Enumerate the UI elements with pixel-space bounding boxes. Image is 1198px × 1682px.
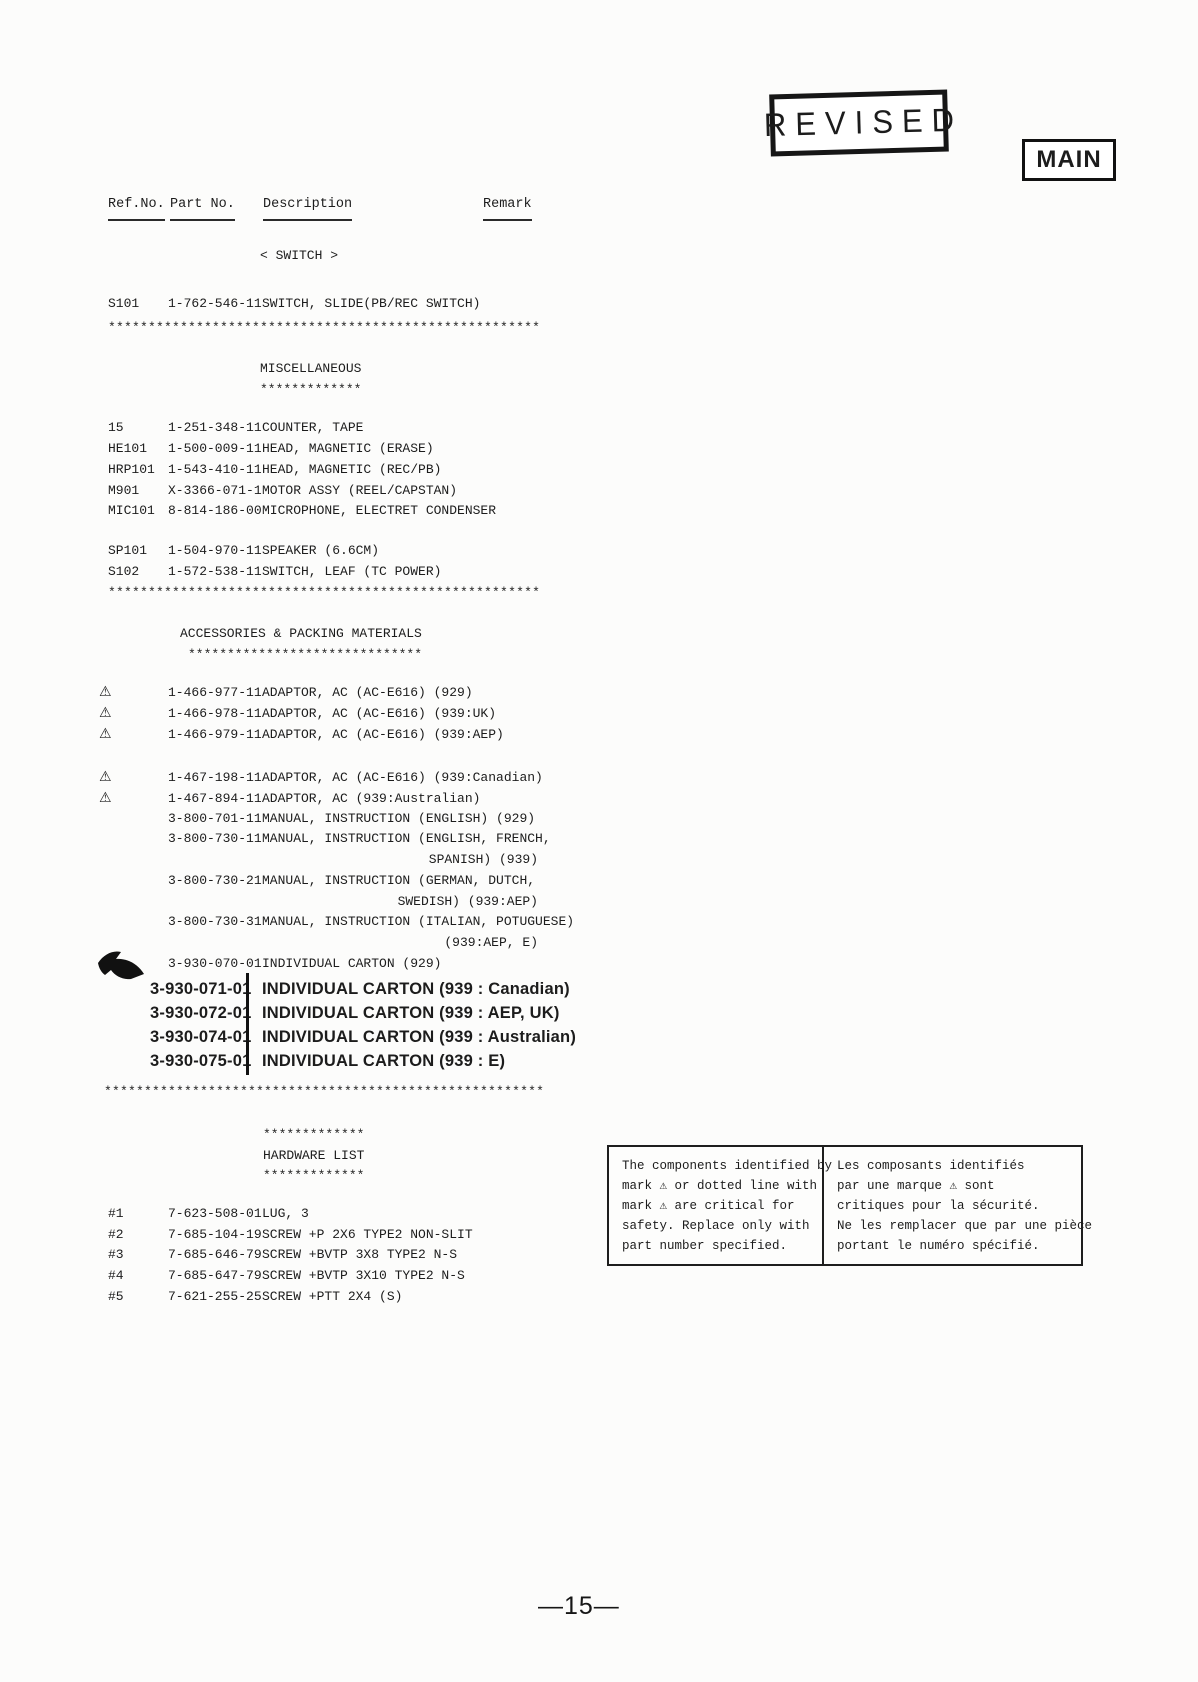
safety-text-line: part number specified. [622,1236,822,1256]
table-row: 3-800-730-11 MANUAL, INSTRUCTION (ENGLIS… [98,831,544,852]
part-no: 1-251-348-11 [168,420,262,435]
part-no: 3-800-730-11 [168,831,262,846]
table-row: 3-930-071-01 INDIVIDUAL CARTON (939 : Ca… [98,977,544,1001]
column-header-part-no: Part No. [170,197,235,221]
part-no: 7-685-647-79 [168,1268,262,1283]
safety-text-line: mark ⚠ are critical for [622,1196,822,1216]
description: MANUAL, INSTRUCTION (ITALIAN, POTUGUESE) [262,914,574,929]
part-no: 1-504-970-11 [168,543,262,558]
part-no: 3-930-070-01 [168,956,262,971]
table-row: ⚠ 1-466-977-11 ADAPTOR, AC (AC-E616) (92… [98,684,544,705]
ref-no: #5 [98,1289,124,1304]
section-separator: ****************************************… [98,320,544,341]
description: ADAPTOR, AC (AC-E616) (939:AEP) [262,727,544,742]
part-no: 3-930-071-01 [150,980,246,999]
table-row: S101 1-762-546-11 SWITCH, SLIDE(PB/REC S… [98,296,544,317]
ref-no: MIC101 [98,503,155,518]
description: INDIVIDUAL CARTON (929) [262,956,544,971]
description-continuation: SPANISH) (939) [98,852,544,873]
warning-triangle-icon: ⚠ [98,769,112,785]
part-no: 7-623-508-01 [168,1206,262,1221]
section-title-overline: ************* [98,1127,544,1148]
ref-no: #3 [98,1247,124,1262]
column-header-ref-no: Ref.No. [108,197,165,221]
description: ADAPTOR, AC (AC-E616) (929) [262,685,544,700]
revision-change-bar [246,973,249,1075]
description: MANUAL, INSTRUCTION (GERMAN, DUTCH, [262,873,544,888]
description: SCREW +PTT 2X4 (S) [262,1289,544,1304]
part-no: 1-466-979-11 [168,727,262,742]
safety-text-line: par une marque ⚠ sont [837,1176,1075,1196]
revised-entries: 3-930-071-01 INDIVIDUAL CARTON (939 : Ca… [98,977,544,1073]
warning-triangle-icon: ⚠ [98,790,112,806]
safety-text-line: critiques pour la sécurité. [837,1196,1075,1216]
parts-list: < SWITCH > S101 1-762-546-11 SWITCH, SLI… [98,248,544,1309]
section-title-underline: ************* [98,382,544,403]
description: INDIVIDUAL CARTON (939 : E) [262,1052,505,1071]
safety-text-line: Les composants identifiés [837,1156,1075,1176]
description: ADAPTOR, AC (AC-E616) (939:Canadian) [262,770,544,785]
revised-stamp: REVISED [769,90,949,157]
description-continuation: SWEDISH) (939:AEP) [98,894,544,915]
part-no: 3-800-730-31 [168,914,262,929]
table-row: 15 1-251-348-11 COUNTER, TAPE [98,420,544,441]
main-board-label-text: MAIN [1036,146,1101,174]
ref-no: S101 [98,296,139,311]
column-header-description: Description [263,197,352,221]
description: SWITCH, SLIDE(PB/REC SWITCH) [262,296,544,311]
ref-no: #4 [98,1268,124,1283]
section-title-miscellaneous: MISCELLANEOUS [98,361,544,382]
part-no: 3-930-075-01 [150,1052,246,1071]
safety-text-line: Ne les remplacer que par une pièce [837,1216,1075,1236]
section-separator: ****************************************… [98,1084,544,1105]
part-no: 1-466-977-11 [168,685,262,700]
document-page: REVISED MAIN Ref.No. Part No. Descriptio… [0,0,1198,1682]
description: MANUAL, INSTRUCTION (ENGLISH, FRENCH, [262,831,551,846]
pointing-hand-icon [96,948,146,982]
section-title-underline: ************* [98,1168,544,1189]
safety-text-line: portant le numéro spécifié. [837,1236,1075,1256]
description: SWITCH, LEAF (TC POWER) [262,564,544,579]
table-row: #3 7-685-646-79 SCREW +BVTP 3X8 TYPE2 N-… [98,1247,544,1268]
section-title-accessories: ACCESSORIES & PACKING MATERIALS [98,626,544,647]
part-no: 1-500-009-11 [168,441,262,456]
table-row: ⚠ 1-466-979-11 ADAPTOR, AC (AC-E616) (93… [98,726,544,747]
table-row: S102 1-572-538-11 SWITCH, LEAF (TC POWER… [98,564,544,585]
description: SCREW +BVTP 3X10 TYPE2 N-S [262,1268,544,1283]
safety-text-line: safety. Replace only with [622,1216,822,1236]
description: INDIVIDUAL CARTON (939 : Australian) [262,1028,576,1047]
part-no: 3-800-730-21 [168,873,262,888]
ref-no: SP101 [98,543,147,558]
warning-triangle-icon: ⚠ [98,684,112,700]
page-number: —15— [538,1592,620,1621]
ref-no: S102 [98,564,139,579]
section-title-underline: ****************************** [98,647,544,668]
description: LUG, 3 [262,1206,544,1221]
table-row: M901 X-3366-071-1 MOTOR ASSY (REEL/CAPST… [98,483,544,504]
revised-stamp-text: REVISED [754,101,963,145]
part-no: X-3366-071-1 [168,483,262,498]
ref-no: #2 [98,1227,124,1242]
table-row: #1 7-623-508-01 LUG, 3 [98,1206,544,1227]
safety-text-line: The components identified by [622,1156,822,1176]
table-row: 3-800-701-11 MANUAL, INSTRUCTION (ENGLIS… [98,811,544,832]
description: ADAPTOR, AC (939:Australian) [262,791,544,806]
description-continuation: (939:AEP, E) [98,935,544,956]
description: SCREW +BVTP 3X8 TYPE2 N-S [262,1247,544,1262]
column-header-remark: Remark [483,197,532,221]
section-separator: ****************************************… [98,585,544,606]
ref-no: HRP101 [98,462,155,477]
ref-no: #1 [98,1206,124,1221]
table-row: ⚠ 1-467-894-11 ADAPTOR, AC (939:Australi… [98,790,544,811]
table-row: 3-800-730-21 MANUAL, INSTRUCTION (GERMAN… [98,873,544,894]
description: COUNTER, TAPE [262,420,544,435]
description: HEAD, MAGNETIC (REC/PB) [262,462,544,477]
table-row: #2 7-685-104-19 SCREW +P 2X6 TYPE2 NON-S… [98,1227,544,1248]
description: MICROPHONE, ELECTRET CONDENSER [262,503,544,518]
description: MANUAL, INSTRUCTION (ENGLISH) (929) [262,811,544,826]
main-board-label: MAIN [1022,139,1116,181]
safety-notice-french: Les composants identifiés par une marque… [837,1156,1075,1258]
table-row: HE101 1-500-009-11 HEAD, MAGNETIC (ERASE… [98,441,544,462]
description: HEAD, MAGNETIC (ERASE) [262,441,544,456]
part-no: 1-572-538-11 [168,564,262,579]
part-no: 7-685-104-19 [168,1227,262,1242]
table-row: ⚠ 1-467-198-11 ADAPTOR, AC (AC-E616) (93… [98,769,544,790]
table-row: 3-800-730-31 MANUAL, INSTRUCTION (ITALIA… [98,914,544,935]
description: SCREW +P 2X6 TYPE2 NON-SLIT [262,1227,544,1242]
section-title-hardware-list: HARDWARE LIST [98,1148,544,1169]
table-row: MIC101 8-814-186-00 MICROPHONE, ELECTRET… [98,503,544,524]
table-row: 3-930-070-01 INDIVIDUAL CARTON (929) [98,956,544,977]
description: MOTOR ASSY (REEL/CAPSTAN) [262,483,544,498]
part-no: 7-621-255-25 [168,1289,262,1304]
part-no: 1-467-894-11 [168,791,262,806]
table-row: HRP101 1-543-410-11 HEAD, MAGNETIC (REC/… [98,462,544,483]
part-no: 3-930-074-01 [150,1028,246,1047]
safety-text-line: mark ⚠ or dotted line with [622,1176,822,1196]
ref-no: HE101 [98,441,147,456]
warning-triangle-icon: ⚠ [98,705,112,721]
table-row: 3-930-075-01 INDIVIDUAL CARTON (939 : E) [98,1049,544,1073]
ref-no: M901 [98,483,139,498]
part-no: 8-814-186-00 [168,503,262,518]
table-row: ⚠ 1-466-978-11 ADAPTOR, AC (AC-E616) (93… [98,705,544,726]
safety-notice-english: The components identified by mark ⚠ or d… [622,1156,822,1258]
description: INDIVIDUAL CARTON (939 : Canadian) [262,980,570,999]
part-no: 1-467-198-11 [168,770,262,785]
part-no: 1-466-978-11 [168,706,262,721]
ref-no: 15 [98,420,124,435]
table-row: 3-930-072-01 INDIVIDUAL CARTON (939 : AE… [98,1001,544,1025]
part-no: 1-543-410-11 [168,462,262,477]
table-row: #4 7-685-647-79 SCREW +BVTP 3X10 TYPE2 N… [98,1268,544,1289]
part-no: 3-800-701-11 [168,811,262,826]
table-row: #5 7-621-255-25 SCREW +PTT 2X4 (S) [98,1289,544,1310]
table-row: SP101 1-504-970-11 SPEAKER (6.6CM) [98,543,544,564]
table-row: 3-930-074-01 INDIVIDUAL CARTON (939 : Au… [98,1025,544,1049]
description: ADAPTOR, AC (AC-E616) (939:UK) [262,706,544,721]
warning-triangle-icon: ⚠ [98,726,112,742]
safety-notice-box: The components identified by mark ⚠ or d… [607,1145,1083,1266]
section-title-switch: < SWITCH > [98,248,544,269]
part-no: 3-930-072-01 [150,1004,246,1023]
description: SPEAKER (6.6CM) [262,543,544,558]
part-no: 1-762-546-11 [168,296,262,311]
description: INDIVIDUAL CARTON (939 : AEP, UK) [262,1004,560,1023]
part-no: 7-685-646-79 [168,1247,262,1262]
